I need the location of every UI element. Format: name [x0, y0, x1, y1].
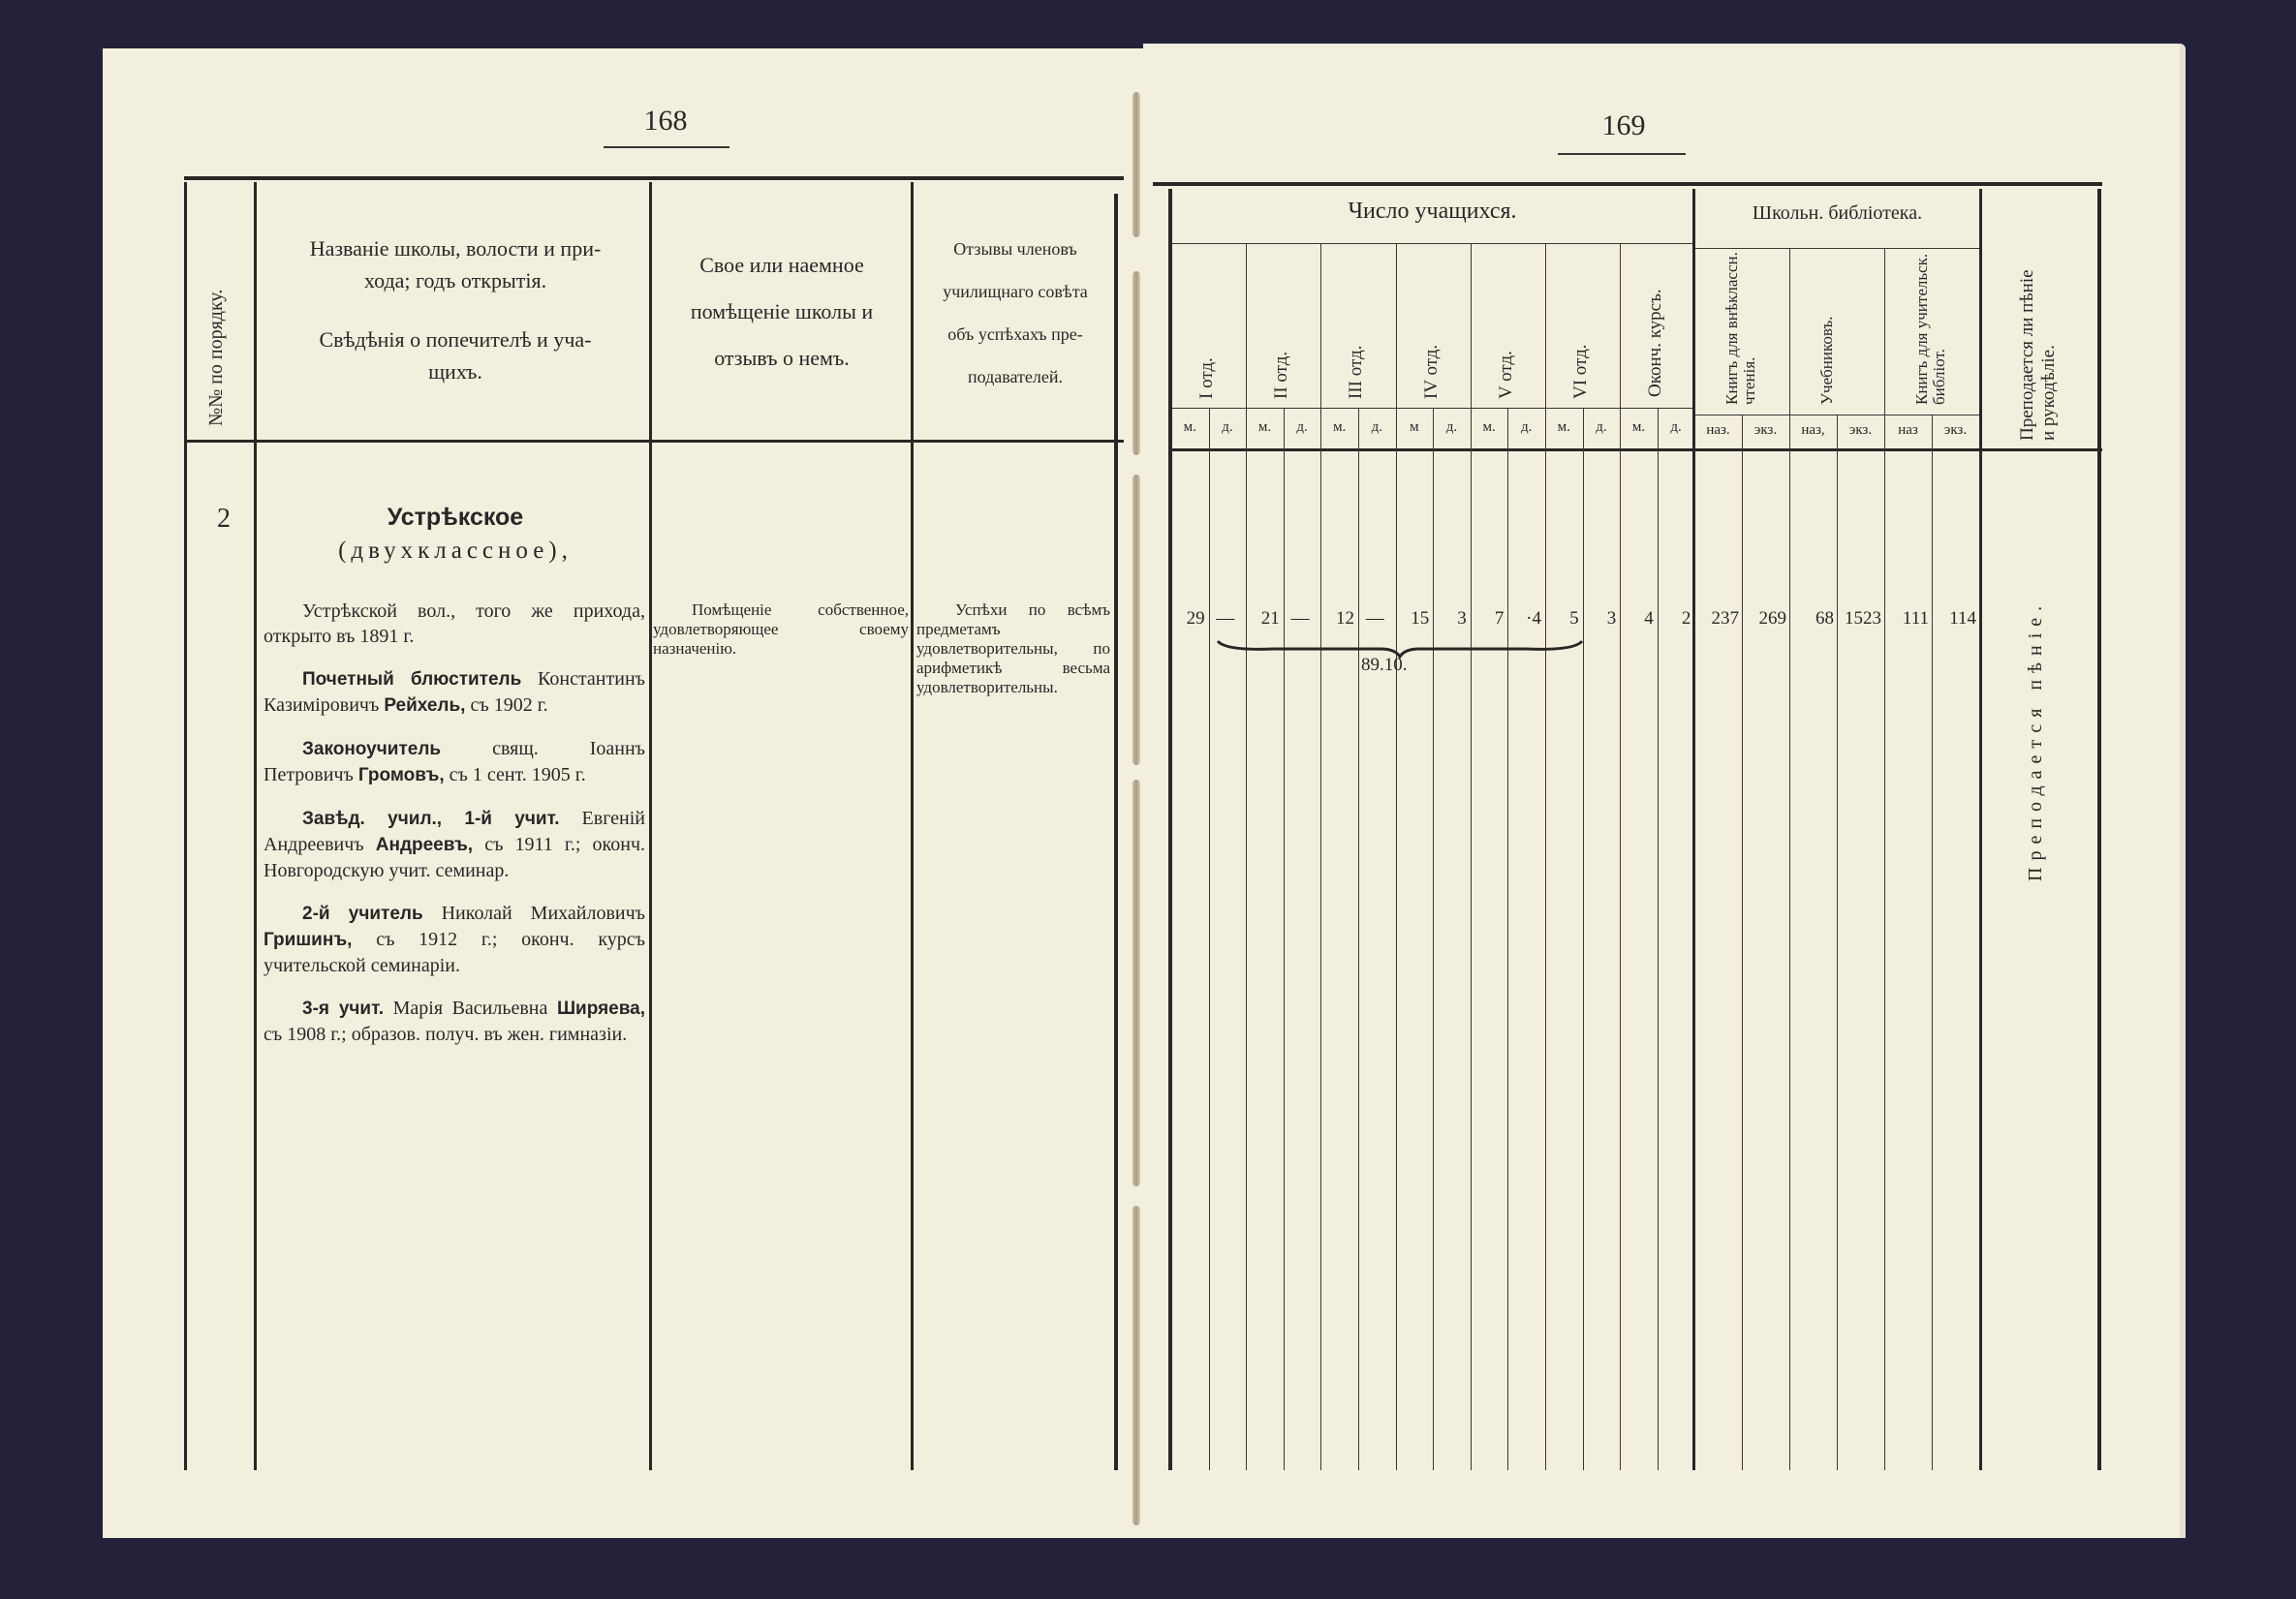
binding-stitch — [1132, 475, 1140, 765]
student-count: 29 — [1171, 608, 1205, 630]
student-count: 4 — [1620, 608, 1654, 630]
student-count: 5 — [1545, 608, 1579, 630]
library-count: 269 — [1742, 608, 1786, 630]
gender-label: д. — [1658, 419, 1695, 436]
library-count: 237 — [1694, 608, 1739, 630]
student-count: — — [1284, 608, 1318, 630]
library-count: 111 — [1884, 608, 1929, 630]
grade-header: Оконч. курсъ. — [1645, 289, 1666, 397]
library-label: экз. — [1742, 422, 1789, 439]
staff-entry: 3-я учит. Марія Васильевна Ширяева, съ 1… — [264, 996, 645, 1047]
binding-stitch — [1132, 780, 1140, 1186]
library-header: Учебниковъ. — [1818, 250, 1836, 405]
binding-stitch — [1132, 92, 1140, 237]
page-number-left: 168 — [607, 105, 724, 138]
gender-label: м. — [1545, 419, 1583, 436]
library-count: 1523 — [1837, 608, 1881, 630]
gender-label: д. — [1507, 419, 1545, 436]
book-spine — [1130, 82, 1143, 1538]
singing-value: Преподается пѣніе. — [2025, 600, 2047, 881]
library-header: Книгъ для внѣклассн. чтенія. — [1723, 250, 1758, 405]
grade-header: I отд. — [1196, 357, 1218, 399]
premises-review: Помѣщеніе собственное, удовлетворяющее с… — [653, 600, 909, 676]
council-review: Успѣхи по всѣмъ предметамъ удовлетворите… — [916, 600, 1110, 715]
grade-header: II отд. — [1271, 352, 1292, 399]
student-count: 3 — [1583, 608, 1617, 630]
gender-label: м — [1396, 419, 1434, 436]
school-name: Устрѣкское — [262, 504, 649, 532]
gender-label: м. — [1246, 419, 1284, 436]
header-singing: Преподается ли пѣніе и рукодѣліе. — [2017, 269, 2060, 441]
page-number-rule — [1558, 153, 1686, 155]
gender-label: д. — [1433, 419, 1471, 436]
staff-entry: Законоучитель свящ. Іоаннъ Петровичъ Гро… — [264, 736, 645, 788]
header-premises: Свое или наемное помѣщеніе школы и отзыв… — [655, 242, 909, 382]
student-count: 7 — [1471, 608, 1505, 630]
staff-entry: Почетный блюститель Константинъ Казиміро… — [264, 666, 645, 719]
staff-entry: Завѣд. учил., 1-й учит. Евгеній Андрееви… — [264, 806, 645, 883]
header-students: Число учащихся. — [1172, 194, 1692, 229]
header-library: Школьн. библіотека. — [1695, 199, 1979, 228]
school-location: Устрѣкской вол., того же прихода, открыт… — [264, 599, 645, 649]
student-count: — — [1358, 608, 1392, 630]
page-number-rule — [604, 146, 729, 148]
student-count: 2 — [1658, 608, 1691, 630]
library-label: наз. — [1694, 422, 1742, 439]
grade-header: IV отд. — [1421, 345, 1443, 399]
gender-label: д. — [1583, 419, 1621, 436]
grade-header: VI отд. — [1570, 344, 1592, 399]
students-total: 89.10. — [1361, 655, 1408, 676]
grade-header: V отд. — [1496, 351, 1517, 399]
header-school-name: Названіе школы, волости и при- хода; год… — [262, 232, 649, 387]
entry-number: 2 — [217, 504, 231, 535]
page-number-right: 169 — [1566, 109, 1682, 142]
gender-label: м. — [1320, 419, 1358, 436]
library-count: 68 — [1789, 608, 1834, 630]
student-count: 12 — [1320, 608, 1354, 630]
gender-label: д. — [1209, 419, 1247, 436]
gender-label: м. — [1171, 419, 1209, 436]
library-header: Книгъ для учительск. библіот. — [1913, 250, 1948, 405]
staff-info: Устрѣкской вол., того же прихода, открыт… — [264, 599, 645, 1064]
student-count: ·4 — [1507, 608, 1541, 630]
header-reviews: Отзывы членовъ училищнаго совѣта объ усп… — [916, 228, 1114, 398]
gender-label: д. — [1284, 419, 1321, 436]
gender-label: д. — [1358, 419, 1396, 436]
gender-label: м. — [1471, 419, 1508, 436]
school-type: (двухклассное), — [262, 538, 649, 565]
student-count: 21 — [1246, 608, 1280, 630]
student-count: 3 — [1433, 608, 1467, 630]
grade-header: III отд. — [1346, 346, 1367, 399]
binding-stitch — [1132, 271, 1140, 455]
student-count: 15 — [1396, 608, 1430, 630]
library-label: экз. — [1837, 422, 1884, 439]
gender-label: м. — [1620, 419, 1658, 436]
library-label: наз — [1884, 422, 1932, 439]
library-count: 114 — [1932, 608, 1976, 630]
header-number: №№ по порядку. — [205, 290, 228, 426]
student-count: — — [1209, 608, 1243, 630]
library-label: экз. — [1932, 422, 1979, 439]
library-label: наз, — [1789, 422, 1837, 439]
binding-stitch — [1132, 1206, 1140, 1525]
staff-entry: 2-й учитель Николай Михайловичъ Гришинъ,… — [264, 901, 645, 978]
